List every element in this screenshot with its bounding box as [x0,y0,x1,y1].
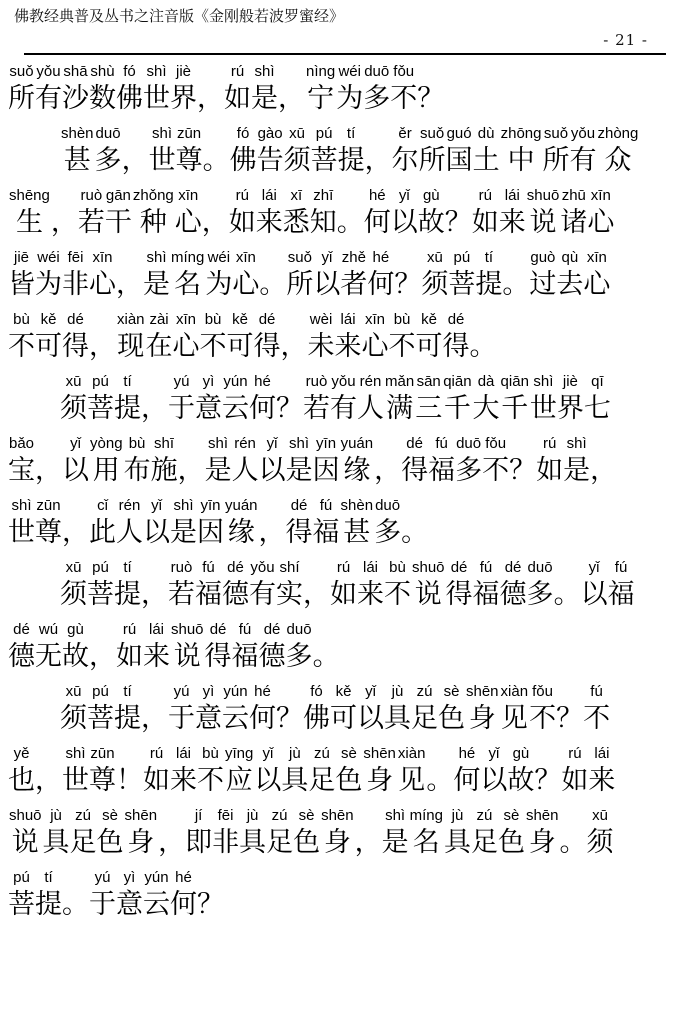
char-with-pinyin: yòng用 [89,432,124,490]
pinyin-annotation: lái [335,308,362,329]
hanzi-char: 甚 [340,515,375,552]
char-with-pinyin: pú菩 [87,680,114,738]
char-with-pinyin: hé何 [367,246,394,304]
char-with-pinyin: sè色 [438,680,465,738]
pinyin-annotation [445,184,472,205]
hanzi-char: 如 [472,205,499,242]
pinyin-annotation [470,308,497,329]
text-line: shēng生，ruò若gān干zhǒng种xīn心，rú如lái来xī悉zhī知… [8,184,682,246]
hanzi-char: 得 [205,639,232,676]
pinyin-annotation [197,60,224,81]
pinyin-annotation: yǒu [249,556,276,577]
pinyin-annotation: jù [43,804,70,825]
hanzi-char: 佛 [303,701,330,738]
pinyin-annotation: dé [62,308,89,329]
punctuation-char: ？ [394,246,421,304]
char-with-pinyin: shuō说 [526,184,561,242]
char-with-pinyin: shēn身 [525,804,560,862]
char-with-pinyin: zú足 [471,804,498,862]
char-with-pinyin: dé得 [205,618,232,676]
char-with-pinyin: yīng应 [224,742,254,800]
char-with-pinyin: míng名 [170,246,205,304]
char-with-pinyin: fú福 [473,556,500,614]
hanzi-char: 。 [259,267,286,304]
page-header: 佛教经典普及丛书之注音版《金刚般若波罗蜜经》 - 21 - [0,0,690,55]
hanzi-char: ， [158,825,185,862]
char-with-pinyin: nìng宁 [305,60,336,118]
pinyin-annotation: shuō [411,556,446,577]
char-with-pinyin: tí提 [114,370,141,428]
char-with-pinyin: rú如 [536,432,563,490]
char-with-pinyin: kě可 [35,308,62,366]
hanzi-char: 是 [251,81,278,118]
pinyin-annotation [303,556,330,577]
hanzi-char: 不 [197,763,224,800]
char-with-pinyin: shì世 [143,60,170,118]
char-with-pinyin: jù具 [43,804,70,862]
pinyin-annotation: qiān [500,370,530,391]
pinyin-annotation: jiè [557,370,584,391]
hanzi-char: 如 [143,763,170,800]
pinyin-annotation: jù [444,804,471,825]
hanzi-char: 福 [313,515,340,552]
pinyin-annotation: zhòng [597,122,640,143]
pinyin-annotation: mǎn [384,370,415,391]
pinyin-annotation: rú [116,618,143,639]
char-with-pinyin: shì世 [530,370,557,428]
hanzi-char: 是 [205,453,232,490]
char-with-pinyin: sè色 [97,804,124,862]
hanzi-char: 德 [8,639,35,676]
hanzi-char: 足 [308,763,335,800]
pinyin-annotation: wéi [336,60,363,81]
pinyin-annotation: shuō [526,184,561,205]
pinyin-annotation: hé [249,680,276,701]
hanzi-char: 诸 [560,205,587,242]
char-with-pinyin: fú不 [583,680,610,738]
char-with-pinyin: xīn心 [362,308,389,366]
char-with-pinyin: yì意 [116,866,143,924]
hanzi-char: 于 [89,887,116,924]
char-with-pinyin: rú如 [472,184,499,242]
char-with-pinyin: xū须 [60,556,87,614]
hanzi-char: 有 [249,577,276,614]
pinyin-annotation [178,432,205,453]
char-with-pinyin: qiān千 [500,370,530,428]
hanzi-char: 以 [391,205,418,242]
char-with-pinyin: ruò若 [303,370,330,428]
pinyin-annotation: shì [170,494,197,515]
text-line: jiē皆wéi为fēi非xīn心，shì是míng名wéi为xīn心。suǒ所y… [8,246,682,308]
pinyin-annotation: zūn [176,122,203,143]
hanzi-char: 皆 [8,267,35,304]
hanzi-char: 无 [35,639,62,676]
hanzi-char: ， [141,391,168,428]
pinyin-annotation: gào [257,122,284,143]
hanzi-char: 德 [259,639,286,676]
char-with-pinyin: yuán缘 [340,432,375,490]
punctuation-char: 。 [502,246,529,304]
char-with-pinyin: zūn尊 [35,494,62,552]
hanzi-char: 何 [249,701,276,738]
char-with-pinyin: kě可 [227,308,254,366]
pinyin-annotation: ruò [78,184,105,205]
hanzi-char: 名 [409,825,444,862]
pinyin-annotation: shì [149,122,176,143]
hanzi-char: 意 [116,887,143,924]
pinyin-annotation [89,618,116,639]
char-with-pinyin: yú于 [168,370,195,428]
pinyin-annotation: yīn [313,432,340,453]
hanzi-char: ？ [417,81,444,118]
pinyin-annotation: ruò [303,370,330,391]
hanzi-char: 说 [170,639,205,676]
hanzi-char: 知 [310,205,337,242]
char-with-pinyin: xīn心 [583,246,610,304]
pinyin-annotation: shēng [8,184,51,205]
pinyin-annotation [590,432,617,453]
char-with-pinyin: tí提 [475,246,502,304]
pinyin-annotation: fǒu [390,60,417,81]
document-page: 佛教经典普及丛书之注音版《金刚般若波罗蜜经》 - 21 - suǒ所yǒu有sh… [0,0,690,1028]
hanzi-char: ， [35,453,62,490]
hanzi-char: 以 [62,453,89,490]
char-with-pinyin: kě可 [330,680,357,738]
hanzi-char: 人 [116,515,143,552]
pinyin-annotation: pú [448,246,475,267]
char-with-pinyin: dé德 [8,618,35,676]
sutra-text: suǒ所yǒu有shā沙shù数fó佛shì世jiè界，rú如shì是，nìng… [0,55,690,928]
punctuation-char: 。 [259,246,286,304]
char-with-pinyin: shì是 [251,60,278,118]
char-with-pinyin: duō多 [363,60,390,118]
pinyin-annotation: yǐ [391,184,418,205]
pinyin-annotation [158,804,185,825]
char-with-pinyin: xū须 [421,246,448,304]
char-with-pinyin: rén人 [116,494,143,552]
punctuation-char: ， [202,184,229,242]
punctuation-char: ？ [276,680,303,738]
hanzi-char: 多 [455,453,482,490]
char-with-pinyin: yǐ以 [581,556,608,614]
char-with-pinyin: wèi未 [308,308,335,366]
hanzi-char: 何 [170,887,197,924]
char-with-pinyin: yǒu有 [330,370,357,428]
char-with-pinyin: dé德 [259,618,286,676]
pinyin-annotation: xiàn [500,680,530,701]
char-with-pinyin: wéi为 [336,60,363,118]
hanzi-char: 来 [335,329,362,366]
hanzi-char: 是 [286,453,313,490]
hanzi-char: 人 [232,453,259,490]
hanzi-char: 如 [561,763,588,800]
pinyin-annotation: dà [473,370,500,391]
hanzi-char: 具 [239,825,266,862]
pinyin-annotation: suǒ [419,122,446,143]
char-with-pinyin: fēi非 [212,804,239,862]
char-with-pinyin: shì世 [62,742,89,800]
pinyin-annotation: rú [536,432,563,453]
pinyin-annotation: guò [529,246,556,267]
hanzi-char: 足 [411,701,438,738]
pinyin-annotation: yuán [224,494,259,515]
char-with-pinyin: dé得 [443,308,470,366]
pinyin-annotation: sè [438,680,465,701]
hanzi-char: 云 [222,701,249,738]
hanzi-char: 须 [421,267,448,304]
char-with-pinyin: shēng生 [8,184,51,242]
pinyin-annotation [122,122,149,143]
hanzi-char: 用 [89,453,124,490]
hanzi-char: 不 [529,701,556,738]
char-with-pinyin: rú如 [143,742,170,800]
pinyin-annotation [51,184,78,205]
pinyin-annotation: hé [364,184,391,205]
char-with-pinyin: xīn心 [173,308,200,366]
char-with-pinyin: qiān千 [442,370,472,428]
hanzi-char: 所 [8,81,35,118]
hanzi-char: 来 [588,763,615,800]
punctuation-char: ， [158,804,185,862]
char-with-pinyin: yǐ以 [480,742,507,800]
hanzi-char: 何 [367,267,394,304]
char-with-pinyin: lái来 [588,742,615,800]
char-with-pinyin: zú足 [70,804,97,862]
char-with-pinyin: dé德 [500,556,527,614]
text-line: dé德wú无gù故，rú如lái来shuō说dé得fú福dé德duō多。 [8,618,682,680]
char-with-pinyin: zhǒng种 [132,184,175,242]
char-with-pinyin: wú无 [35,618,62,676]
char-with-pinyin: duō多 [95,122,122,180]
hanzi-char: 不 [583,701,610,738]
pinyin-annotation: dé [500,556,527,577]
pinyin-annotation: zhī [310,184,337,205]
pinyin-annotation [313,618,340,639]
punctuation-char: ？ [509,432,536,490]
pinyin-annotation: yì [195,370,222,391]
char-with-pinyin: fǒu不 [482,432,509,490]
char-with-pinyin: rén人 [232,432,259,490]
punctuation-char: ？ [197,866,224,924]
pinyin-annotation [426,742,453,763]
pinyin-annotation: xū [421,246,448,267]
pinyin-annotation [141,370,168,391]
pinyin-annotation: yǐ [357,680,384,701]
pinyin-annotation: shì [8,494,35,515]
hanzi-char: 心 [232,267,259,304]
hanzi-char: 为 [336,81,363,118]
punctuation-char: ， [355,804,382,862]
char-with-pinyin: ěr尔 [392,122,419,180]
pinyin-annotation: yǒu [35,60,62,81]
hanzi-char: 得 [62,329,89,366]
text-line: pú菩tí提。yú于yì意yún云hé何？ [8,866,682,928]
hanzi-char: 福 [473,577,500,614]
punctuation-char: ， [281,308,308,366]
pinyin-annotation: yǐ [480,742,507,763]
char-with-pinyin: xū须 [586,804,613,862]
char-with-pinyin: jù具 [281,742,308,800]
pinyin-annotation: zú [308,742,335,763]
pinyin-annotation: zú [411,680,438,701]
pinyin-annotation: zú [266,804,293,825]
hanzi-char: ， [89,639,116,676]
hanzi-char: 身 [320,825,355,862]
hanzi-char: 世 [149,143,176,180]
hanzi-char: 见 [500,701,530,738]
hanzi-char: 不 [8,329,35,366]
hanzi-char: ？ [276,391,303,428]
hanzi-char: 提 [35,887,62,924]
pinyin-annotation: duō [374,494,401,515]
char-with-pinyin: lái来 [499,184,526,242]
hanzi-char: 福 [195,577,222,614]
char-with-pinyin: shēn身 [362,742,397,800]
char-with-pinyin: fó佛 [303,680,330,738]
hanzi-char: 满 [384,391,415,428]
pinyin-annotation: rú [561,742,588,763]
punctuation-char: 。 [337,184,364,242]
pinyin-annotation: shā [62,60,89,81]
hanzi-char: 以 [581,577,608,614]
hanzi-char: 福 [608,577,635,614]
pinyin-annotation: dé [205,618,232,639]
hanzi-char: 世 [530,391,557,428]
hanzi-char: 有 [570,143,597,180]
hanzi-char: 佛 [230,143,257,180]
char-with-pinyin: gù故 [507,742,534,800]
hanzi-char: ？ [197,887,224,924]
pinyin-annotation: shuō [170,618,205,639]
char-with-pinyin: ruò若 [78,184,105,242]
hanzi-char: 提 [475,267,502,304]
pinyin-annotation: zūn [89,742,116,763]
pinyin-annotation: yú [168,370,195,391]
char-with-pinyin: yǒu有 [570,122,597,180]
punctuation-char: ， [35,742,62,800]
hanzi-char: ， [259,515,286,552]
char-with-pinyin: bǎo宝 [8,432,35,490]
pinyin-annotation: yún [222,680,249,701]
hanzi-char: 。 [313,639,340,676]
hanzi-char: 千 [500,391,530,428]
hanzi-char: ， [374,453,401,490]
char-with-pinyin: wéi为 [205,246,232,304]
char-with-pinyin: gào告 [257,122,284,180]
pinyin-annotation: zhǒng [132,184,175,205]
pinyin-annotation [35,432,62,453]
pinyin-annotation: yīn [197,494,224,515]
pinyin-annotation: fú [195,556,222,577]
punctuation-char: ？ [276,370,303,428]
pinyin-annotation: lái [256,184,283,205]
hanzi-char: ， [141,701,168,738]
hanzi-char: ， [355,825,382,862]
hanzi-char: 即 [185,825,212,862]
hanzi-char: 不 [482,453,509,490]
char-with-pinyin: shì是 [143,246,170,304]
char-with-pinyin: zhū诸 [560,184,587,242]
char-with-pinyin: shì是 [382,804,409,862]
hanzi-char: 福 [232,639,259,676]
hanzi-char: 也 [8,763,35,800]
hanzi-char: 多 [286,639,313,676]
pinyin-annotation: shì [286,432,313,453]
hanzi-char: 须 [60,577,87,614]
punctuation-char: ？ [534,742,561,800]
hanzi-char: 千 [442,391,472,428]
char-with-pinyin: tí提 [35,866,62,924]
hanzi-char: 尊 [35,515,62,552]
char-with-pinyin: xī悉 [283,184,310,242]
hanzi-char: 可 [227,329,254,366]
text-line: shèn甚duō多，shì世zūn尊。fó佛gào告xū须pú菩tí提，ěr尔s… [8,122,682,184]
pinyin-annotation: pú [87,370,114,391]
punctuation-char: ， [141,370,168,428]
hanzi-char: 悉 [283,205,310,242]
char-with-pinyin: shuō说 [411,556,446,614]
char-with-pinyin: sān三 [415,370,442,428]
pinyin-annotation: zūn [35,494,62,515]
hanzi-char: 菩 [87,577,114,614]
hanzi-char: 身 [124,825,159,862]
hanzi-char: 世 [62,763,89,800]
char-with-pinyin: yún云 [143,866,170,924]
pinyin-annotation [365,122,392,143]
pinyin-annotation: shì [205,432,232,453]
hanzi-char: ， [35,763,62,800]
punctuation-char: ， [122,122,149,180]
hanzi-char: 说 [411,577,446,614]
pinyin-annotation: fǒu [529,680,556,701]
hanzi-char: 说 [8,825,43,862]
pinyin-annotation [116,246,143,267]
hanzi-char: 具 [384,701,411,738]
hanzi-char: ， [178,453,205,490]
char-with-pinyin: zài在 [146,308,173,366]
hanzi-char: 种 [132,205,175,242]
char-with-pinyin: guò过 [529,246,556,304]
pinyin-annotation [259,494,286,515]
hanzi-char: 缘 [224,515,259,552]
pinyin-annotation: dé [443,308,470,329]
hanzi-char: 来 [143,639,170,676]
pinyin-annotation: sè [293,804,320,825]
hanzi-char: 具 [444,825,471,862]
pinyin-annotation: kě [35,308,62,329]
pinyin-annotation: míng [409,804,444,825]
hanzi-char: 来 [357,577,384,614]
punctuation-char: ？ [417,60,444,118]
hanzi-char: 多 [363,81,390,118]
hanzi-char: 沙 [62,81,89,118]
pinyin-annotation: hé [170,866,197,887]
pinyin-annotation: tí [35,866,62,887]
pinyin-annotation [276,370,303,391]
pinyin-annotation [276,680,303,701]
pinyin-annotation: lái [499,184,526,205]
pinyin-annotation: duō [95,122,122,143]
hanzi-char: 若 [168,577,195,614]
pinyin-annotation: fēi [62,246,89,267]
hanzi-char: ， [197,81,224,118]
pinyin-annotation: wú [35,618,62,639]
hanzi-char: 告 [257,143,284,180]
hanzi-char: 所 [543,143,570,180]
hanzi-char: ？ [276,701,303,738]
pinyin-annotation: yì [195,680,222,701]
char-with-pinyin: shù数 [89,60,116,118]
